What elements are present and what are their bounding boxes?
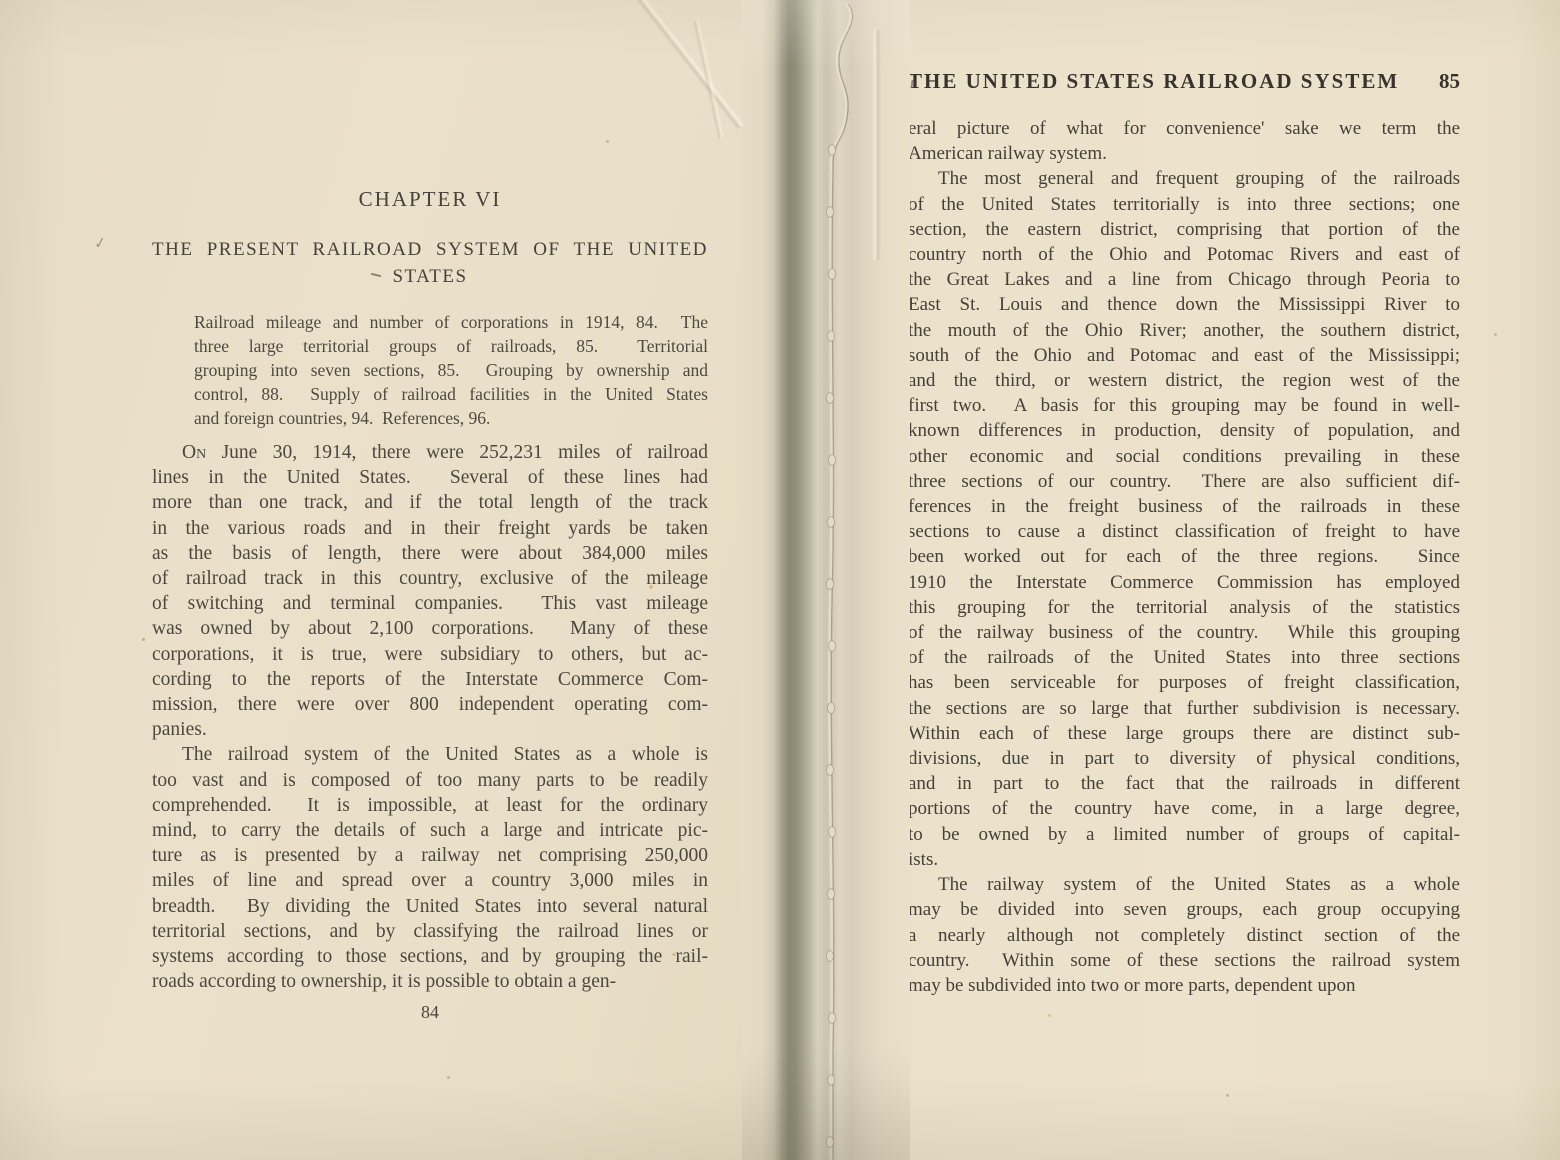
text-line: country north of the Ohio and Potomac Ri… bbox=[908, 242, 1460, 267]
text-line: as the basis of length, there were about… bbox=[152, 541, 708, 566]
text-line: has been serviceable for purposes of fre… bbox=[908, 670, 1460, 695]
text-line: was owned by about 2,100 corporations. M… bbox=[152, 616, 708, 641]
text-line: first two. A basis for this grouping may… bbox=[908, 393, 1460, 418]
text-line: may be divided into seven groups, each g… bbox=[908, 897, 1460, 922]
text-line: American railway system. bbox=[908, 141, 1460, 166]
text-line: of the United States territorially is in… bbox=[908, 192, 1460, 217]
text-line: divisions, due in part to diversity of p… bbox=[908, 746, 1460, 771]
text-line: this grouping for the territorial analys… bbox=[908, 595, 1460, 620]
chapter-title: THE PRESENT RAILROAD SYSTEM OF THE UNITE… bbox=[152, 236, 708, 290]
text-line: grouping into seven sections, 85. Groupi… bbox=[152, 358, 708, 382]
right-body-text: eral picture of what for convenience' sa… bbox=[908, 116, 1460, 998]
text-line: Railroad mileage and number of corporati… bbox=[152, 310, 708, 334]
page-left: CHAPTER VI THE PRESENT RAILROAD SYSTEM O… bbox=[0, 0, 790, 1160]
paragraph: The railroad system of the United States… bbox=[152, 742, 708, 994]
small-caps-lead: On bbox=[182, 442, 206, 463]
text-line: territorial sections, and by classifying… bbox=[152, 919, 708, 944]
text-line: the Great Lakes and a line from Chicago … bbox=[908, 267, 1460, 292]
text-line: mission, there were over 800 independent… bbox=[152, 692, 708, 717]
text-line: more than one track, and if the total le… bbox=[152, 490, 708, 515]
text-line: section, the eastern district, comprisin… bbox=[908, 217, 1460, 242]
text-line: known differences in production, density… bbox=[908, 418, 1460, 443]
paragraph: On June 30, 1914, there were 252,231 mil… bbox=[152, 440, 708, 742]
text-line: of the railway business of the country. … bbox=[908, 620, 1460, 645]
text-line: ferences in the freight business of the … bbox=[908, 494, 1460, 519]
page-right: THE UNITED STATES RAILROAD SYSTEM 85 era… bbox=[790, 0, 1560, 1160]
text-line: East St. Louis and thence down the Missi… bbox=[908, 292, 1460, 317]
text-line: ture as is presented by a railway net co… bbox=[152, 843, 708, 868]
text-line: the mouth of the Ohio River; another, th… bbox=[908, 318, 1460, 343]
text-line: other economic and social conditions pre… bbox=[908, 444, 1460, 469]
chapter-synopsis: Railroad mileage and number of corporati… bbox=[152, 310, 708, 430]
chapter-title-line-2: STATES bbox=[152, 263, 708, 290]
paragraph: eral picture of what for convenience' sa… bbox=[908, 116, 1460, 166]
text-line: The railway system of the United States … bbox=[908, 872, 1460, 897]
pencil-check-mark: ✓ bbox=[92, 233, 108, 254]
text-line: comprehended. It is impossible, at least… bbox=[152, 793, 708, 818]
left-page-number: 84 bbox=[152, 1002, 708, 1023]
text-line: the sections are so large that further s… bbox=[908, 696, 1460, 721]
chapter-title-line-1: THE PRESENT RAILROAD SYSTEM OF THE UNITE… bbox=[152, 236, 708, 263]
text-line: breadth. By dividing the United States i… bbox=[152, 894, 708, 919]
text-line: of switching and terminal companies. Thi… bbox=[152, 591, 708, 616]
text-line: and the third, or western district, the … bbox=[908, 368, 1460, 393]
running-header-title: THE UNITED STATES RAILROAD SYSTEM bbox=[908, 66, 1399, 96]
text-line: of railroad track in this country, exclu… bbox=[152, 566, 708, 591]
right-text-block: THE UNITED STATES RAILROAD SYSTEM 85 era… bbox=[908, 0, 1460, 998]
paragraph: The railway system of the United States … bbox=[908, 872, 1460, 998]
text-line: three large territorial groups of railro… bbox=[152, 334, 708, 358]
text-line: panies. bbox=[152, 717, 708, 742]
paragraph: Railroad mileage and number of corporati… bbox=[152, 310, 708, 430]
text-line: a nearly although not completely distinc… bbox=[908, 923, 1460, 948]
book-spread: CHAPTER VI THE PRESENT RAILROAD SYSTEM O… bbox=[0, 0, 1560, 1160]
text-line: and in part to the fact that the railroa… bbox=[908, 771, 1460, 796]
left-body-text: On June 30, 1914, there were 252,231 mil… bbox=[152, 440, 708, 994]
text-line: been worked out for each of the three re… bbox=[908, 544, 1460, 569]
text-line: to be owned by a limited number of group… bbox=[908, 822, 1460, 847]
text-line: 1910 the Interstate Commerce Commission … bbox=[908, 570, 1460, 595]
text-line: miles of line and spread over a country … bbox=[152, 868, 708, 893]
text-line: systems according to those sections, and… bbox=[152, 944, 708, 969]
left-text-block: CHAPTER VI THE PRESENT RAILROAD SYSTEM O… bbox=[152, 0, 708, 1023]
text-line: three sections of our country. There are… bbox=[908, 469, 1460, 494]
text-line: cording to the reports of the Interstate… bbox=[152, 667, 708, 692]
chapter-heading: CHAPTER VI bbox=[152, 184, 708, 214]
text-line: control, 88. Supply of railroad faciliti… bbox=[152, 382, 708, 406]
text-line: too vast and is composed of too many par… bbox=[152, 768, 708, 793]
text-line: The railroad system of the United States… bbox=[152, 742, 708, 767]
text-line: lines in the United States. Several of t… bbox=[152, 465, 708, 490]
right-page-number: 85 bbox=[1439, 66, 1460, 96]
text-line: may be subdivided into two or more parts… bbox=[908, 973, 1460, 998]
text-line: roads according to ownership, it is poss… bbox=[152, 969, 708, 994]
text-line: of the railroads of the United States in… bbox=[908, 645, 1460, 670]
text-line: Within each of these large groups there … bbox=[908, 721, 1460, 746]
text-line: country. Within some of these sections t… bbox=[908, 948, 1460, 973]
text-line: sections to cause a distinct classificat… bbox=[908, 519, 1460, 544]
text-line: and foreign countries, 94. References, 9… bbox=[152, 406, 708, 430]
text-line: south of the Ohio and Potomac and east o… bbox=[908, 343, 1460, 368]
text-line: mind, to carry the details of such a lar… bbox=[152, 818, 708, 843]
running-header: THE UNITED STATES RAILROAD SYSTEM 85 bbox=[908, 66, 1460, 96]
text-line: eral picture of what for convenience' sa… bbox=[908, 116, 1460, 141]
paragraph: The most general and frequent grouping o… bbox=[908, 166, 1460, 872]
text-line: portions of the country have come, in a … bbox=[908, 796, 1460, 821]
text-line: On June 30, 1914, there were 252,231 mil… bbox=[152, 440, 708, 465]
text-line: The most general and frequent grouping o… bbox=[908, 166, 1460, 191]
text-line: in the various roads and in their freigh… bbox=[152, 516, 708, 541]
text-line: ists. bbox=[908, 847, 1460, 872]
text-line: corporations, it is true, were subsidiar… bbox=[152, 642, 708, 667]
